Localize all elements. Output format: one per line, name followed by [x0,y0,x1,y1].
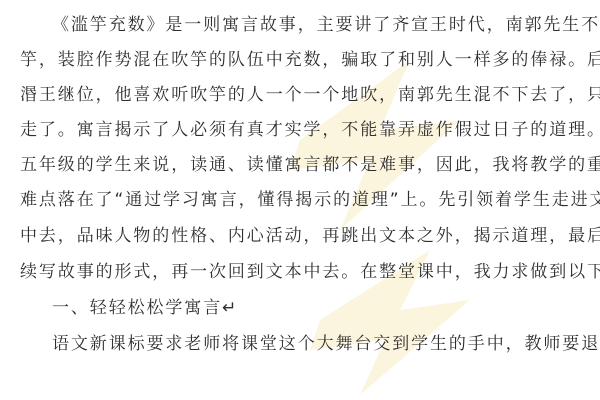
paragraph-line: 续写故事的形式，再一次回到文本中去。在整堂课中，我力求做到以下三点： [20,262,600,282]
paragraph-line: 语文新课标要求老师将课堂这个大舞台交到学生的手中，教师要退到幕 [52,334,600,354]
paragraph-line: 竽，装腔作势混在吹竽的队伍中充数，骗取了和别人一样多的俸禄。后来齐 [20,50,600,70]
paragraph-line: 难点落在了“通过学习寓言，懂得揭示的道理”上。先引领着学生走进文本 [20,190,600,210]
paragraph-line: 五年级的学生来说，读通、读懂寓言都不是难事，因此，我将教学的重点与 [20,155,600,175]
paragraph-line: 湣王继位，他喜欢听吹竽的人一个一个地吹，南郭先生混不下去了，只好逃 [20,85,600,105]
paragraph-line: 走了。寓言揭示了人必须有真才实学，不能靠弄虚作假过日子的道理。对于 [20,120,600,140]
document-page: 《滥竽充数》是一则寓言故事，主要讲了齐宣王时代，南郭先生不会吹 竽，装腔作势混在… [0,0,600,400]
paragraph-line: 《滥竽充数》是一则寓言故事，主要讲了齐宣王时代，南郭先生不会吹 [52,15,600,35]
paragraph-line: 中去，品味人物的性格、内心活动，再跳出文本之外，揭示道理，最后，以 [20,226,600,246]
section-heading: 一、轻轻松松学寓言↵ [52,298,238,318]
